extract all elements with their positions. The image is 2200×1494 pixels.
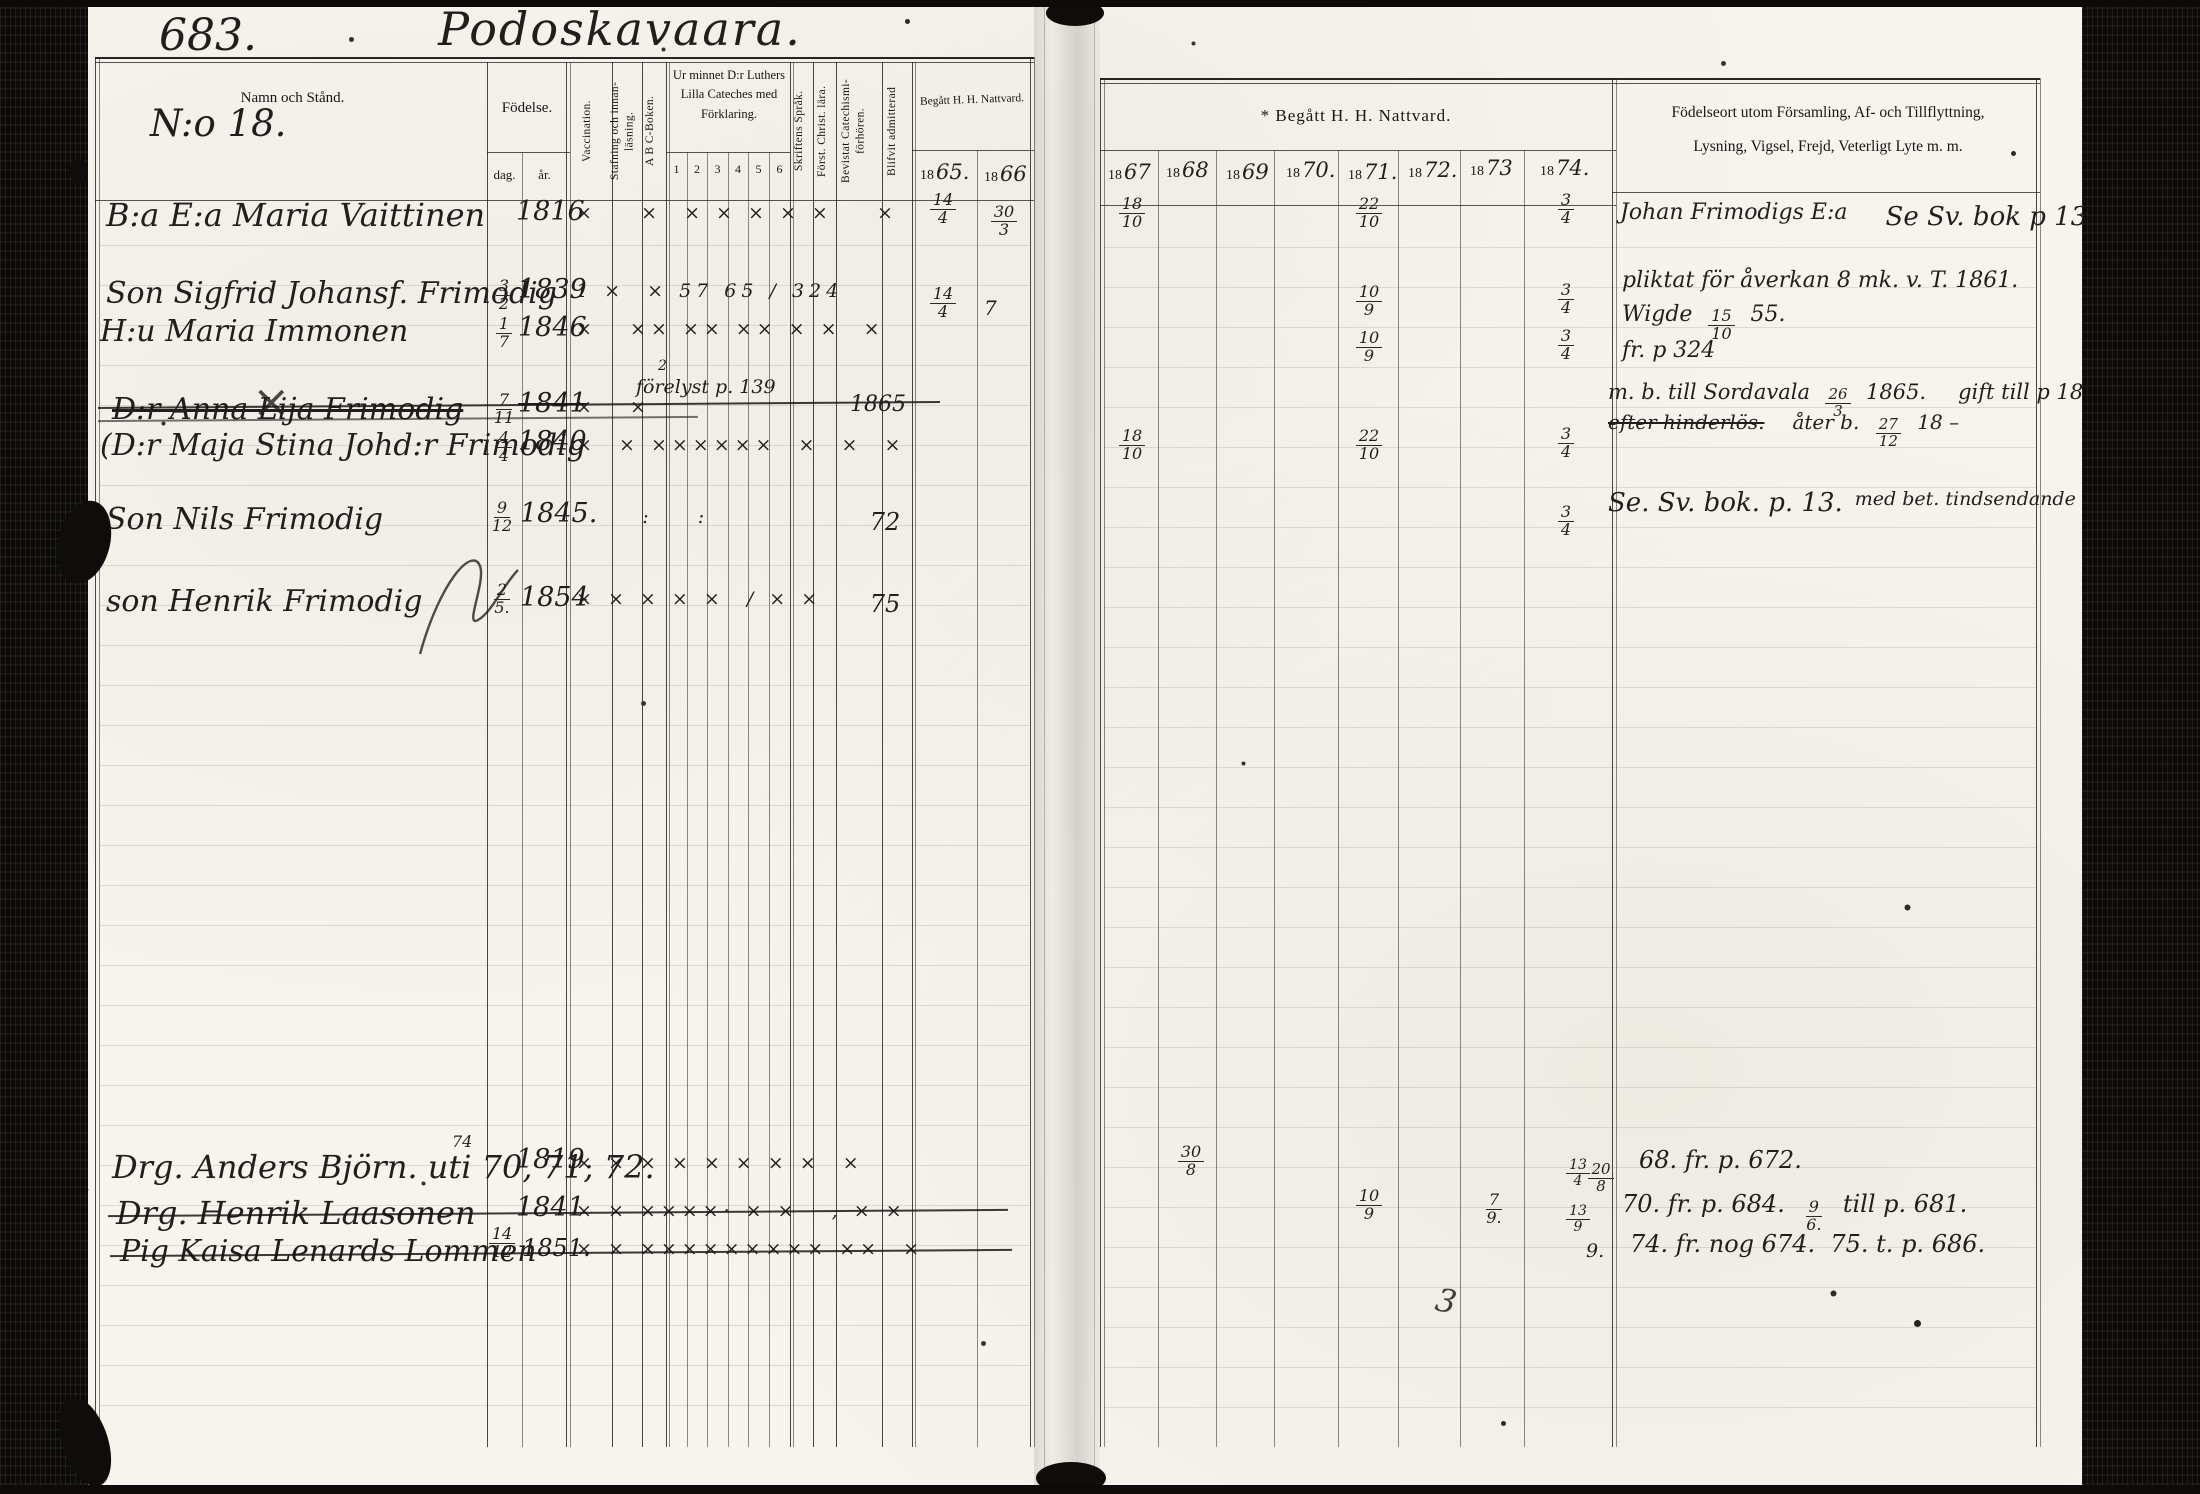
note-text: Johan Frimodigs E:a [1620, 200, 1848, 225]
ledger-scan: 683. Podoskavaara. Namn och Stånd. N:o 1… [0, 0, 2200, 1494]
communion-year-1868: 1868 [1166, 158, 1209, 182]
entry-name: B:a E:a Maria Vaittinen [106, 196, 485, 234]
ability-marks: 1 × × 57 65 / 324 [576, 280, 843, 302]
catechism-col-4: 4 [728, 162, 748, 177]
note-entry: Wigde 1510 55. [1622, 302, 1785, 343]
birth-day: 1412 [482, 1226, 522, 1261]
note-date: 96. [1797, 1199, 1831, 1234]
rule [1100, 150, 1616, 151]
communion-year-1867: 1867 [1108, 160, 1151, 184]
year-prefix: 18 [1166, 166, 1180, 182]
column-header-communion-right: * Begått H. H. Nattvard. [1100, 106, 1612, 126]
year-suffix: 71. [1364, 160, 1397, 184]
column-header-scripture: Skriftens Språk. [792, 64, 813, 198]
rule [912, 150, 1034, 151]
note-text: 1865. [1866, 380, 1926, 404]
note-text: pliktat för åverkan 8 mk. v. T. 1861. [1622, 268, 2018, 293]
rule [1100, 78, 2040, 80]
birth-day: 17 [486, 316, 522, 351]
ability-marks: × ×× ×× ×× × × × [576, 318, 885, 340]
page-edge-line [1044, 7, 1045, 1485]
communion-1871: 2210 [1340, 196, 1398, 231]
communion-1871: 109 [1340, 1188, 1398, 1223]
year-prefix: 18 [1470, 164, 1484, 180]
communion-1866: 303 [976, 204, 1032, 239]
note-date: 208 [1585, 1162, 1617, 1195]
note-text: 18 – [1917, 410, 1959, 434]
birth-day: 25. [482, 582, 522, 617]
ability-marks: × × ×××××× × × × [576, 434, 905, 456]
scan-border-right [2082, 0, 2200, 1494]
column-header-abc-book: A B C-Boken. [643, 64, 665, 198]
column-header-catechism: Ur minnet D:r Luthers Lilla Cateches med… [668, 66, 790, 124]
catechism-col-6: 6 [769, 162, 790, 177]
year-prefix: 18 [1408, 166, 1422, 182]
catechism-col-3: 3 [707, 162, 728, 177]
scan-border-bottom [0, 1485, 2200, 1494]
communion-1867: 1810 [1104, 428, 1160, 463]
ability-marks: : : [576, 506, 709, 528]
entry-name-superscript: 74 [452, 1132, 472, 1151]
rule [1100, 83, 2040, 84]
note-text: 70. fr. p. 684. [1622, 1190, 1785, 1218]
entry-name: H:u Maria Immonen [100, 314, 408, 349]
notes-header-line2: Lysning, Vigsel, Frejd, Veterligt Lyte m… [1620, 138, 2036, 156]
page-title: Podoskavaara. [430, 2, 810, 56]
communion-1874: 34 [1528, 192, 1604, 227]
communion-1874: 34 [1528, 504, 1604, 539]
year-suffix: 67 [1124, 160, 1151, 184]
note-text: m. b. till Sordavala [1608, 380, 1810, 404]
entry-name: Son Nils Frimodig [106, 502, 383, 537]
column-header-birth-year: år. [523, 167, 566, 183]
note-text: till p. 681. [1843, 1190, 1967, 1218]
catechism-col-5: 5 [748, 162, 769, 177]
communion-1867: 1810 [1104, 196, 1160, 231]
admitted-year: 72 [858, 508, 912, 536]
year-suffix: 69 [1242, 160, 1269, 184]
birth-year: 1841 [516, 1192, 585, 1223]
catechism-note: förelyst p. 139 [636, 376, 776, 398]
year-prefix: 18 [984, 170, 998, 186]
communion-1873: 79. [1464, 1192, 1524, 1227]
note-text: 55. [1750, 302, 1785, 327]
note-text: Wigde [1622, 302, 1692, 327]
catechism-col-2: 2 [687, 162, 707, 177]
table-row: son Henrik Frimodig 25. 1854 × × × × × /… [0, 574, 2200, 630]
note-text: 74. fr. nog 674. 75. t. p. 686. [1630, 1230, 1985, 1258]
year-prefix: 18 [1348, 168, 1362, 184]
column-header-christian-doctrine: Först. Christ. lära. [815, 64, 836, 198]
admitted-year: 75 [858, 590, 912, 618]
year-suffix: 74. [1556, 156, 1589, 180]
note-entry: 208 68. fr. p. 672. [1585, 1146, 1802, 1189]
scan-artifact [70, 158, 88, 186]
note-text: fr. p 324 [1622, 338, 1715, 363]
column-header-spelling: Stafning och innan- läsning. [608, 64, 640, 198]
year-prefix: 18 [1540, 164, 1554, 180]
birth-day: 912 [482, 500, 522, 535]
communion-1874: 34 [1528, 426, 1604, 461]
note-date: 2712 [1871, 417, 1905, 450]
column-header-birth-day: dag. [487, 167, 522, 183]
page-edge-line [1094, 7, 1095, 1485]
communion-1871: 109 [1340, 330, 1398, 365]
table-row: H:u Maria Immonen 17 1846 × ×× ×× ×× × ×… [0, 308, 2200, 364]
column-header-birth: Födelse. [487, 100, 567, 117]
birth-day: 44 [486, 430, 522, 465]
note-text: med bet. tindsendande [1855, 488, 2076, 510]
year-suffix: 70. [1302, 158, 1335, 182]
note-text: Se Sv. bok p 13. [1886, 202, 2096, 232]
year-prefix: 18 [1226, 168, 1240, 184]
ability-marks: × × × × × / × × [576, 588, 822, 610]
communion-1874: 9. [1586, 1240, 1604, 1262]
year-suffix: 72. [1424, 158, 1457, 182]
note-entry: efter hinderlös. åter b. 2712 18 – [1608, 410, 1959, 450]
note-entry: 70. fr. p. 684. 96. till p. 681. [1622, 1190, 1967, 1234]
note-entry: pliktat för åverkan 8 mk. v. T. 1861. [1622, 268, 2018, 293]
column-header-admitted: Blifvit admitterad [885, 64, 911, 198]
communion-year-1874: 1874. [1540, 156, 1589, 180]
year-prefix: 18 [1286, 166, 1300, 182]
note-entry: 74. fr. nog 674. 75. t. p. 686. [1630, 1230, 1985, 1258]
communion-1868: 308 [1162, 1144, 1220, 1179]
communion-year-1866: 18 66 [984, 162, 1027, 186]
rule [95, 62, 1034, 63]
birth-year: 1816 [516, 196, 585, 227]
column-header-attended-exams: Bevistat Catechismi- förhören. [839, 64, 881, 198]
communion-year-1871: 1871. [1348, 160, 1397, 184]
note-entry: fr. p 324 [1622, 338, 1715, 363]
communion-year-1865: 18 65. [920, 160, 969, 184]
year-prefix: 18 [920, 168, 934, 184]
catechism-col-1: 1 [666, 162, 687, 177]
admitted-year: 1865 [844, 392, 912, 417]
rule [487, 152, 570, 153]
column-header-vaccination: Vaccination. [580, 64, 608, 198]
ability-marks: × × × × × × × × [576, 202, 898, 224]
year-prefix: 18 [1108, 168, 1122, 184]
entry-name: Pig Kaisa Lenards Lommen [120, 1234, 537, 1269]
note-entry: Se. Sv. bok. p. 13. med bet. tindsendand… [1608, 488, 2160, 530]
year-suffix: 66 [1000, 162, 1027, 186]
ability-marks: × × [576, 396, 651, 418]
household-number: N:o 18. [150, 102, 286, 145]
note-text: Se. Sv. bok. p. 13. [1608, 488, 1843, 518]
note-entry: Johan Frimodigs E:a Se Sv. bok p 13. [1620, 196, 2096, 226]
year-suffix: 65. [936, 160, 969, 184]
communion-year-1873: 1873 [1470, 156, 1513, 180]
entry-name: son Henrik Frimodig [106, 584, 422, 619]
page-number: 683. [118, 10, 298, 61]
note-text: åter b. [1792, 410, 1859, 434]
communion-year-1869: 1869 [1226, 160, 1269, 184]
scan-border-top [0, 0, 2200, 7]
year-suffix: 73 [1486, 156, 1513, 180]
ability-marks: × × × × × × × × × [576, 1152, 864, 1174]
catechism-superscript: 2 [658, 358, 667, 374]
communion-year-1870: 1870. [1286, 158, 1335, 182]
year-suffix: 68 [1182, 158, 1209, 182]
communion-1871: 2210 [1340, 428, 1398, 463]
note-text-struck: efter hinderlös. [1608, 410, 1764, 434]
communion-year-1872: 1872. [1408, 158, 1457, 182]
scan-border-left [0, 0, 88, 1494]
communion-1865: 144 [912, 192, 974, 227]
note-text: 68. fr. p. 672. [1639, 1146, 1802, 1174]
communion-1874: 34 [1528, 328, 1604, 363]
notes-header-line1: Födelseort utom Församling, Af- och Till… [1620, 104, 2036, 122]
